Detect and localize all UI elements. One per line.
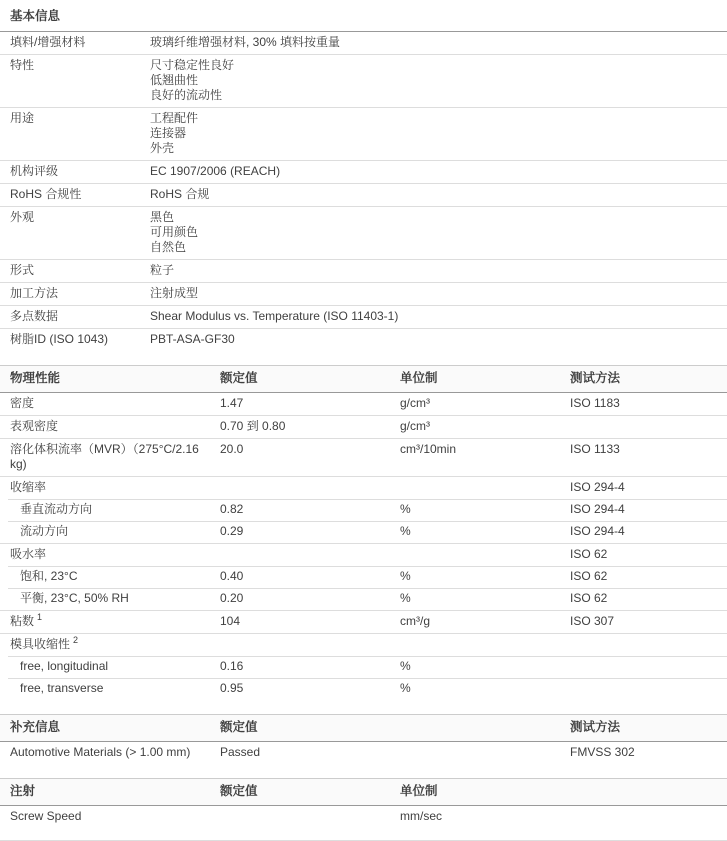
column-header-unit: 单位制 xyxy=(400,371,570,386)
physical-table-header: 物理性能 额定值 单位制 测试方法 xyxy=(0,366,727,393)
property-method: FMVSS 302 xyxy=(570,745,727,760)
property-value: 0.95 xyxy=(220,681,400,696)
column-header-test-method: 测试方法 xyxy=(570,720,727,735)
property-label: 平衡, 23°C, 50% RH xyxy=(10,591,220,606)
property-label: Automotive Materials (> 1.00 mm) xyxy=(10,745,220,760)
footnote-marker: 2 xyxy=(73,635,78,645)
column-header-nominal-value: 额定值 xyxy=(220,720,570,735)
row-values: RoHS 合规 xyxy=(150,187,727,202)
row-values: 黑色 可用颜色 自然色 xyxy=(150,210,727,255)
property-unit: % xyxy=(400,524,570,539)
property-unit xyxy=(400,637,570,652)
property-method: ISO 294-4 xyxy=(570,480,727,495)
property-value xyxy=(220,480,400,495)
row-label: 多点数据 xyxy=(10,309,150,324)
property-value: 0.16 xyxy=(220,659,400,674)
table-row-equilibrium: 平衡, 23°C, 50% RH 0.20 % ISO 62 xyxy=(0,588,727,610)
column-header-unit: 单位制 xyxy=(400,784,727,799)
property-label: 溶化体积流率（MVR）（275°C/2.16 kg) xyxy=(10,442,220,472)
property-unit: % xyxy=(400,659,570,674)
row-values: 尺寸稳定性良好 低翘曲性 良好的流动性 xyxy=(150,58,727,103)
property-label: 饱和, 23°C xyxy=(10,569,220,584)
property-value xyxy=(220,637,400,652)
property-label: 流动方向 xyxy=(10,524,220,539)
property-method xyxy=(570,681,727,696)
property-label: 垂直流动方向 xyxy=(10,502,220,517)
table-row-shrinkage-across-flow: 垂直流动方向 0.82 % ISO 294-4 xyxy=(0,499,727,521)
property-label: 模具收缩性2 xyxy=(10,637,220,652)
row-value: 自然色 xyxy=(150,240,727,255)
column-header-physical: 物理性能 xyxy=(10,371,220,386)
table-row-shrinkage-flow: 流动方向 0.29 % ISO 294-4 xyxy=(0,521,727,543)
injection-table-header: 注射 额定值 单位制 xyxy=(0,779,727,806)
table-row-processing-method: 加工方法 注射成型 xyxy=(0,282,727,305)
table-row-screw-speed: Screw Speed mm/sec xyxy=(0,806,727,840)
property-value xyxy=(220,547,400,562)
property-value: 1.47 xyxy=(220,396,400,411)
row-values: 注射成型 xyxy=(150,286,727,301)
row-label: 树脂ID (ISO 1043) xyxy=(10,332,150,347)
section-physical-properties: 物理性能 额定值 单位制 测试方法 密度 1.47 g/cm³ ISO 1183… xyxy=(0,365,727,700)
property-method: ISO 294-4 xyxy=(570,524,727,539)
table-row-water-absorption-group: 吸水率 ISO 62 xyxy=(0,543,727,566)
row-value: 外壳 xyxy=(150,141,727,156)
property-unit: mm/sec xyxy=(400,809,727,824)
table-row-mvr: 溶化体积流率（MVR）（275°C/2.16 kg) 20.0 cm³/10mi… xyxy=(0,438,727,476)
table-row-free-longitudinal: free, longitudinal 0.16 % xyxy=(0,656,727,678)
property-unit: g/cm³ xyxy=(400,419,570,434)
property-label: free, longitudinal xyxy=(10,659,220,674)
row-value: RoHS 合规 xyxy=(150,187,727,202)
property-method: ISO 62 xyxy=(570,547,727,562)
property-value: 0.70 到 0.80 xyxy=(220,419,400,434)
table-row-rohs: RoHS 合规性 RoHS 合规 xyxy=(0,183,727,206)
row-values: EC 1907/2006 (REACH) xyxy=(150,164,727,179)
row-value: 玻璃纤维增强材料, 30% 填料按重量 xyxy=(150,35,727,50)
row-value: 低翘曲性 xyxy=(150,73,727,88)
property-value: Passed xyxy=(220,745,570,760)
table-row-resin-id: 树脂ID (ISO 1043) PBT-ASA-GF30 xyxy=(0,328,727,351)
property-unit: cm³/10min xyxy=(400,442,570,472)
table-row-saturation: 饱和, 23°C 0.40 % ISO 62 xyxy=(0,566,727,588)
property-value: 104 xyxy=(220,614,400,629)
column-header-test-method: 测试方法 xyxy=(570,371,727,386)
row-values: 玻璃纤维增强材料, 30% 填料按重量 xyxy=(150,35,727,50)
row-label: 用途 xyxy=(10,111,150,156)
row-values: PBT-ASA-GF30 xyxy=(150,332,727,347)
table-row-viscosity-number: 粘数1 104 cm³/g ISO 307 xyxy=(0,610,727,633)
property-value: 0.82 xyxy=(220,502,400,517)
property-value: 0.20 xyxy=(220,591,400,606)
table-row-density: 密度 1.47 g/cm³ ISO 1183 xyxy=(0,393,727,415)
row-value: 粒子 xyxy=(150,263,727,278)
table-row-appearance: 外观 黑色 可用颜色 自然色 xyxy=(0,206,727,259)
property-method: ISO 1133 xyxy=(570,442,727,472)
table-row-mold-shrinkage-group: 模具收缩性2 xyxy=(0,633,727,656)
section-title-basic-info: 基本信息 xyxy=(0,0,727,32)
property-unit: % xyxy=(400,681,570,696)
property-value: 0.29 xyxy=(220,524,400,539)
row-value: Shear Modulus vs. Temperature (ISO 11403… xyxy=(150,309,727,324)
property-label: 吸水率 xyxy=(10,547,220,562)
property-unit: % xyxy=(400,502,570,517)
table-row-form: 形式 粒子 xyxy=(0,259,727,282)
row-label: RoHS 合规性 xyxy=(10,187,150,202)
row-values: Shear Modulus vs. Temperature (ISO 11403… xyxy=(150,309,727,324)
row-value: PBT-ASA-GF30 xyxy=(150,332,727,347)
row-label: 特性 xyxy=(10,58,150,103)
table-row-agency-ratings: 机构评级 EC 1907/2006 (REACH) xyxy=(0,160,727,183)
row-label: 加工方法 xyxy=(10,286,150,301)
property-method xyxy=(570,419,727,434)
property-method: ISO 62 xyxy=(570,569,727,584)
row-value: 连接器 xyxy=(150,126,727,141)
row-value: 良好的流动性 xyxy=(150,88,727,103)
supplemental-table-header: 补充信息 额定值 测试方法 xyxy=(0,715,727,742)
table-row-multipoint-data: 多点数据 Shear Modulus vs. Temperature (ISO … xyxy=(0,305,727,328)
table-row-filler: 填料/增强材料 玻璃纤维增强材料, 30% 填料按重量 xyxy=(0,32,727,54)
column-header-nominal-value: 额定值 xyxy=(220,371,400,386)
column-header-injection: 注射 xyxy=(10,784,220,799)
property-unit: g/cm³ xyxy=(400,396,570,411)
property-label: 粘数1 xyxy=(10,614,220,629)
row-value: 可用颜色 xyxy=(150,225,727,240)
property-unit xyxy=(400,547,570,562)
row-values: 粒子 xyxy=(150,263,727,278)
footnote-marker: 1 xyxy=(37,612,42,622)
table-row-automotive-materials: Automotive Materials (> 1.00 mm) Passed … xyxy=(0,742,727,764)
row-value: 注射成型 xyxy=(150,286,727,301)
property-method xyxy=(570,659,727,674)
table-row-apparent-density: 表观密度 0.70 到 0.80 g/cm³ xyxy=(0,415,727,438)
section-injection: 注射 额定值 单位制 Screw Speed mm/sec xyxy=(0,778,727,841)
row-values: 工程配件 连接器 外壳 xyxy=(150,111,727,156)
row-value: 尺寸稳定性良好 xyxy=(150,58,727,73)
property-method: ISO 307 xyxy=(570,614,727,629)
property-value: 20.0 xyxy=(220,442,400,472)
property-value xyxy=(220,809,400,824)
row-label: 外观 xyxy=(10,210,150,255)
property-method: ISO 1183 xyxy=(570,396,727,411)
row-label: 机构评级 xyxy=(10,164,150,179)
property-unit: % xyxy=(400,569,570,584)
row-label: 填料/增强材料 xyxy=(10,35,150,50)
table-row-uses: 用途 工程配件 连接器 外壳 xyxy=(0,107,727,160)
section-supplemental-info: 补充信息 额定值 测试方法 Automotive Materials (> 1.… xyxy=(0,714,727,764)
row-value: 工程配件 xyxy=(150,111,727,126)
row-label: 形式 xyxy=(10,263,150,278)
property-unit xyxy=(400,480,570,495)
table-row-shrinkage-group: 收缩率 ISO 294-4 xyxy=(0,476,727,499)
property-value: 0.40 xyxy=(220,569,400,584)
table-row-features: 特性 尺寸稳定性良好 低翘曲性 良好的流动性 xyxy=(0,54,727,107)
property-unit: % xyxy=(400,591,570,606)
property-method: ISO 294-4 xyxy=(570,502,727,517)
column-header-nominal-value: 额定值 xyxy=(220,784,400,799)
property-method xyxy=(570,637,727,652)
property-unit: cm³/g xyxy=(400,614,570,629)
row-value: EC 1907/2006 (REACH) xyxy=(150,164,727,179)
property-label: 表观密度 xyxy=(10,419,220,434)
property-method: ISO 62 xyxy=(570,591,727,606)
property-label: free, transverse xyxy=(10,681,220,696)
section-basic-info: 基本信息 填料/增强材料 玻璃纤维增强材料, 30% 填料按重量 特性 尺寸稳定… xyxy=(0,0,727,351)
row-value: 黑色 xyxy=(150,210,727,225)
table-row-free-transverse: free, transverse 0.95 % xyxy=(0,678,727,700)
property-label: Screw Speed xyxy=(10,809,220,824)
column-header-supplemental: 补充信息 xyxy=(10,720,220,735)
property-label: 密度 xyxy=(10,396,220,411)
property-label: 收缩率 xyxy=(10,480,220,495)
material-datasheet: 基本信息 填料/增强材料 玻璃纤维增强材料, 30% 填料按重量 特性 尺寸稳定… xyxy=(0,0,727,841)
